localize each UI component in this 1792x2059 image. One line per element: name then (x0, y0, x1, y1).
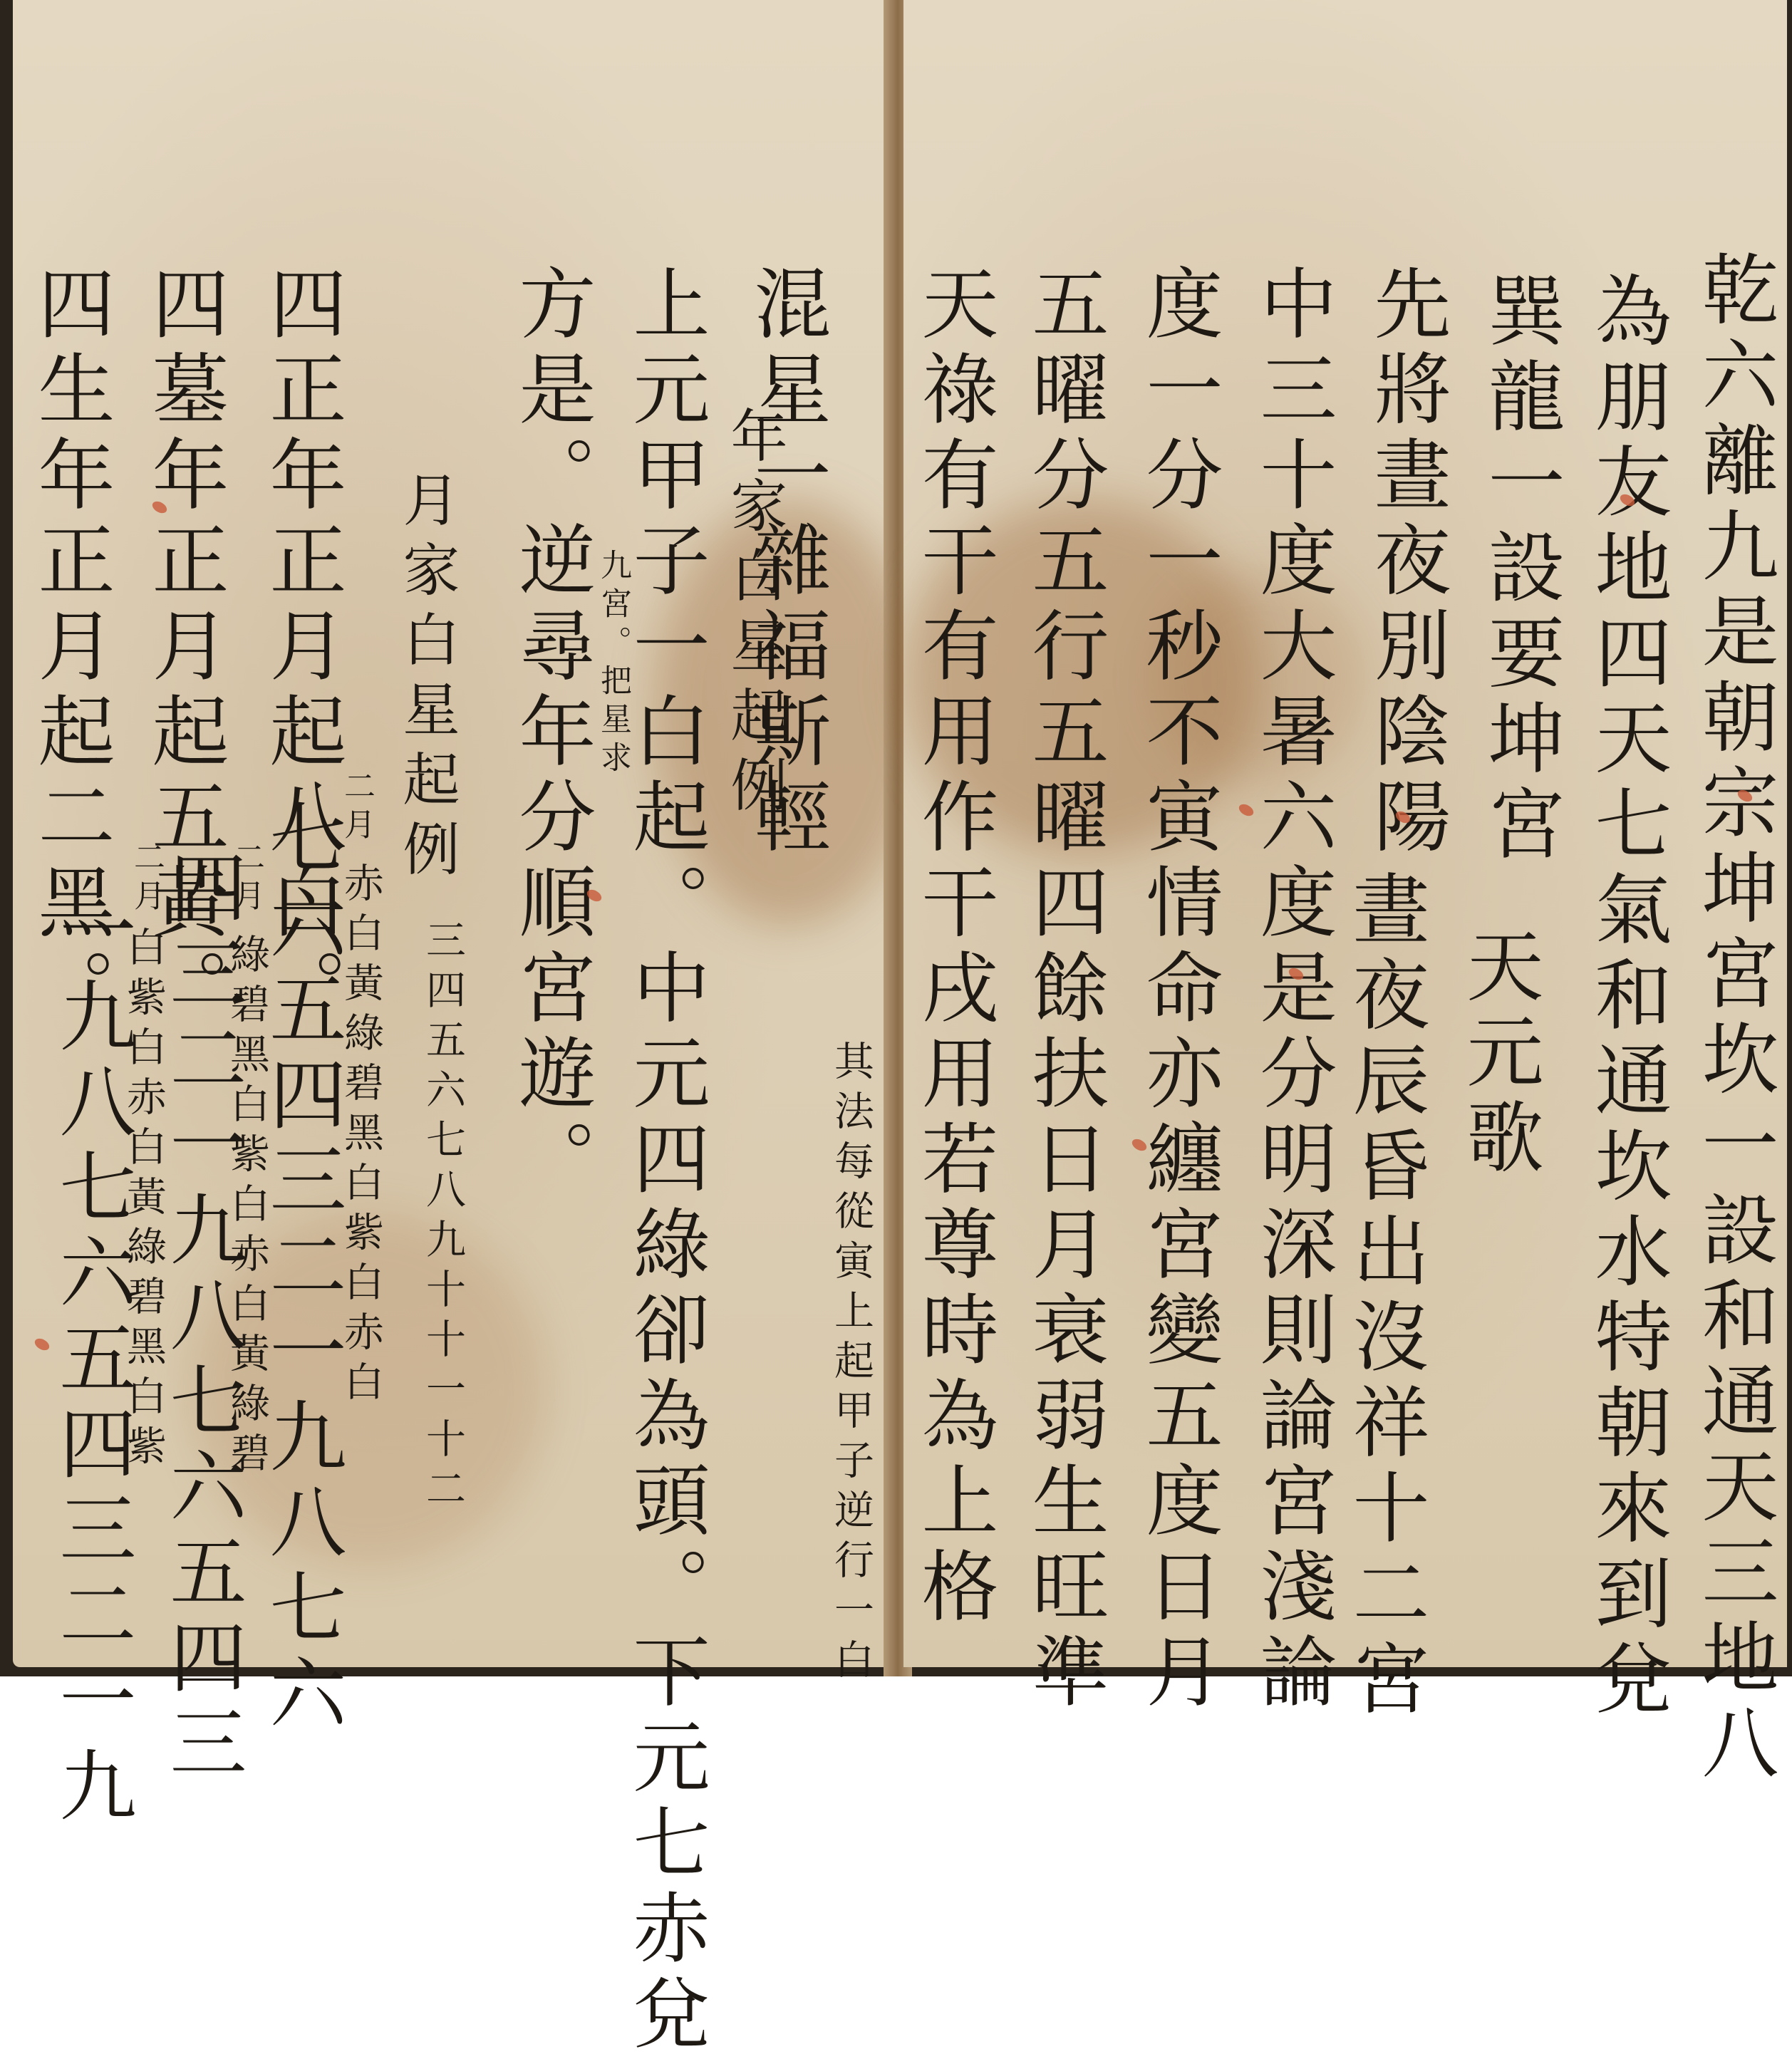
text-column-2: 為朋友地四天七氣和通坎水特朝來到兌 (1588, 271, 1664, 1676)
text-column-9: 天祿有干有用作干戌用若尊時為上格 (914, 264, 991, 1632)
heading-year-white-star: 年家白星起例 (725, 406, 782, 825)
text-column-7: 度一分一秒不寅情命亦纏宮變五度日月 (1139, 264, 1216, 1676)
row-numbers-sizheng: 七六五四三二一九八七六 (262, 798, 339, 1676)
right-page: 乾六離九是朝宗坤宮坎一設和通天三地八 為朋友地四天七氣和通坎水特朝來到兌 巽龍一… (903, 0, 1787, 1667)
row-color-note-sizheng: 赤白黃綠碧黑白紫白赤白 (341, 862, 380, 1411)
row-color-note-sisheng: 白紫白赤白黃綠碧黑白紫 (123, 926, 163, 1475)
row-color-month-sizheng: 二月 (341, 769, 372, 846)
row-color-month-simu: 二月 (230, 841, 261, 918)
annotation-column: 其法每從寅上起甲子逆行一白 (831, 1040, 871, 1676)
left-page: 其法每從寅上起甲子逆行一白 混星一雜福斯輕 年家白星起例 上元甲子一白起。中元四… (13, 0, 896, 1667)
interlinear-note: 九宮。把星求 (597, 549, 628, 779)
song-title-tianyuan: 天元歌 (1459, 926, 1536, 1183)
row-color-note-simu: 綠碧黑白紫白赤白黃綠碧 (227, 933, 266, 1482)
text-column-shangyuan: 上元甲子一白起。中元四綠卻為頭。下元七赤兌 (626, 264, 703, 1676)
text-column-1: 乾六離九是朝宗坤宮坎一設和通天三地八 (1694, 249, 1771, 1676)
row-numbers-sisheng: 一九八七六五四三二一九 (52, 891, 129, 1676)
text-column-3: 巽龍一設要坤宮 (1481, 271, 1558, 869)
month-header-row: 三四五六七八九十十一十二 (423, 919, 462, 1518)
text-column-5: 晝夜辰昏出沒祥十二宮 (1345, 869, 1422, 1676)
row-color-month-sisheng: 二月 (130, 841, 162, 918)
heading-month-white-star: 月家白星起例 (398, 470, 455, 889)
text-column-8: 五曜分五行五曜四餘扶日月衰弱生旺準 (1025, 264, 1102, 1676)
open-book: 其法每從寅上起甲子逆行一白 混星一雜福斯輕 年家白星起例 上元甲子一白起。中元四… (0, 0, 1792, 1676)
text-column-fangshi: 方是。逆尋年分順宮遊。 (512, 264, 589, 1204)
text-column-4: 先將晝夜別陰陽 (1367, 264, 1444, 862)
